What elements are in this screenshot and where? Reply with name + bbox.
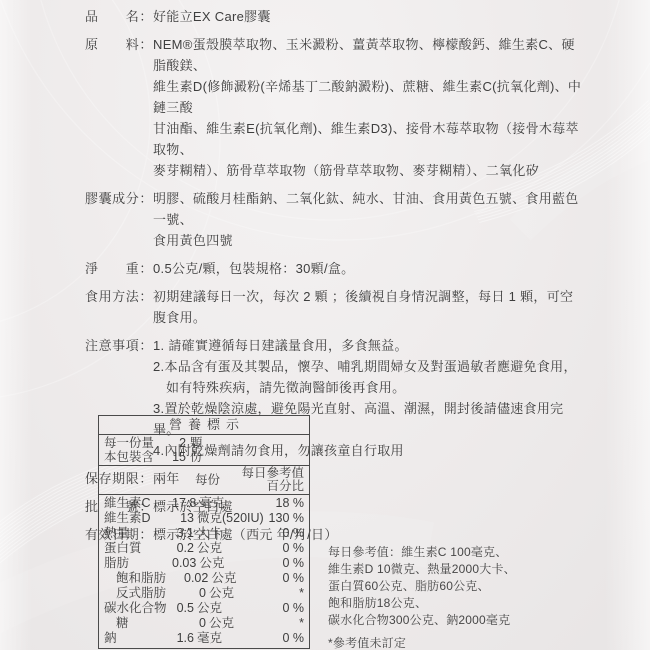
precaution-item: 2.本品含有蛋及其製品，懷孕、哺乳期間婦女及對蛋過敏者應避免食用， [153,356,585,377]
reference-note-line: 蛋白質60公克、脂肪60公克、 [328,578,628,595]
nutrient-name: 維生素D [99,511,172,526]
field-label-ingredients: 原料 [85,34,139,181]
nutrition-facts-table: 營養標示 每一份量 2顆 本包裝含 15份 每份 每日參考值 百分比 維生素C … [98,415,310,649]
info-row-ingredients: 原料 ： NEM®蛋殼膜萃取物、玉米澱粉、薑黃萃取物、檸檬酸鈣、維生素C、硬脂酸… [85,34,585,181]
nutrient-daily-value: 0 % [282,631,309,646]
nutrient-name: 碳水化合物 [99,601,172,616]
nutrient-amount: 0.02 [184,571,208,586]
usage-value: 初期建議每日一次，每次 2 顆 ；後續視自身情況調整，每日 1 顆，可空腹食用。 [153,286,585,328]
field-colon: ： [139,6,153,27]
servings-per-package-unit: 份 [190,450,309,464]
table-row: 飽和脂肪 0.02 公克 0 % [99,571,309,586]
nutrition-table-title: 營養標示 [99,416,309,435]
field-label-product-name: 品名 [85,6,139,27]
nutrient-name: 鈉 [99,631,172,646]
field-label-usage: 食用方法 [85,286,139,328]
nutrient-daily-value: 0 % [282,556,309,571]
daily-reference-note: 每日參考值：維生素C 100毫克、 維生素D 10微克、熱量2000大卡、 蛋白… [328,544,628,650]
nutrient-daily-value: 0 % [282,571,309,586]
info-row-usage: 食用方法 ： 初期建議每日一次，每次 2 顆 ；後續視自身情況調整，每日 1 顆… [85,286,585,328]
serving-size-unit: 顆 [190,436,309,450]
info-row-product-name: 品名 ： 好能立EX Care膠囊 [85,6,585,27]
daily-value-column-header-line1: 每日參考值 [241,466,304,480]
field-label-net-weight: 淨重 [85,258,139,279]
table-row: 糖 0 公克 * [99,616,309,631]
nutrient-name: 脂肪 [99,556,172,571]
nutrient-unit: 公克 [197,541,222,556]
net-weight-value: 0.5公克/顆，包裝規格：30顆/盒。 [153,258,585,279]
table-row: 反式脂肪 0 公克 * [99,586,309,601]
info-row-capsule-composition: 膠囊成分 ： 明膠、硫酸月桂酯鈉、二氧化鈦、純水、甘油、食用黃色五號、食用藍色一… [85,188,585,251]
field-colon: ： [139,34,153,181]
nutrient-amount: 1.6 [172,631,194,646]
nutrient-daily-value: * [299,586,309,601]
product-label-page: 品名 ： 好能立EX Care膠囊 原料 ： NEM®蛋殼膜萃取物、玉米澱粉、薑… [0,0,650,650]
ingredients-line: 甘油酯、維生素E(抗氧化劑)、維生素D3)、接骨木莓萃取物（接骨木莓萃取物、 [153,118,585,160]
table-row: 蛋白質 0.2 公克 0 % [99,541,309,556]
nutrient-unit: 公克 [197,601,222,616]
serving-size-label: 每一份量 [99,436,154,450]
reference-note-line: 飽和脂肪18公克、 [328,595,628,612]
nutrient-name: 反式脂肪 [99,586,184,601]
nutrient-name: 蛋白質 [99,541,172,556]
serving-info-section: 每一份量 2顆 本包裝含 15份 [99,435,309,466]
nutrient-daily-value: 0 % [282,601,309,616]
daily-value-column-header-line2: 百分比 [266,479,304,493]
reference-note-line: 維生素D 10微克、熱量2000大卡、 [328,561,628,578]
nutrient-unit: 大卡 [197,526,222,541]
nutrient-daily-value: 130 % [269,511,309,526]
servings-per-package-value: 15 [154,450,186,464]
capsule-composition-line: 明膠、硫酸月桂酯鈉、二氧化鈦、純水、甘油、食用黃色五號、食用藍色一號、 [153,188,585,230]
nutrient-amount: 0 [184,616,206,631]
serving-size-row: 每一份量 2顆 [99,436,309,450]
nutrient-daily-value: 18 % [276,496,310,511]
table-row: 鈉 1.6 毫克 0 % [99,631,309,646]
nutrient-name: 飽和脂肪 [99,571,184,586]
nutrient-unit: 微克(520IU) [197,511,264,526]
nutrient-unit: 公克 [209,616,234,631]
nutrient-name: 糖 [99,616,184,631]
precaution-item: 1. 請確實遵循每日建議量食用，多食無益。 [153,335,585,356]
table-row: 維生素C 17.8 毫克 18 % [99,496,309,511]
nutrient-name: 維生素C [99,496,172,511]
info-row-net-weight: 淨重 ： 0.5公克/顆，包裝規格：30顆/盒。 [85,258,585,279]
nutrient-daily-value: * [299,616,309,631]
nutrient-name: 熱量 [99,526,172,541]
servings-per-package-label: 本包裝含 [99,450,154,464]
reference-note-line: 碳水化合物300公克、鈉2000毫克 [328,612,628,629]
table-row: 碳水化合物 0.5 公克 0 % [99,601,309,616]
nutrient-unit: 公克 [199,556,224,571]
nutrient-unit: 公克 [209,586,234,601]
ingredients-line: 維生素D(修飾澱粉(辛烯基丁二酸鈉澱粉)、蔗糖、維生素C(抗氧化劑)、中鏈三酸 [153,76,585,118]
nutrient-unit: 公克 [211,571,236,586]
table-row: 維生素D 13 微克(520IU) 130 % [99,511,309,526]
nutrient-amount: 17.8 [172,496,196,511]
serving-size-value: 2 [154,436,186,450]
reference-note-footnote: *參考值未訂定 [328,635,628,650]
nutrient-daily-value: 0 % [282,526,309,541]
nutrient-amount: 13 [172,511,194,526]
nutrient-unit: 毫克 [197,631,222,646]
field-colon: ： [139,286,153,328]
field-colon: ： [139,258,153,279]
precaution-item-continuation: 如有特殊疾病，請先徵詢醫師後再食用。 [153,377,585,398]
nutrient-amount: 0 [184,586,206,601]
nutrient-amount: 3.1 [172,526,194,541]
table-row: 熱量 3.1 大卡 0 % [99,526,309,541]
field-colon: ： [139,188,153,251]
per-serving-column-header: 每份 [195,474,220,487]
table-row: 脂肪 0.03 公克 0 % [99,556,309,571]
capsule-composition-line: 食用黃色四號 [153,230,585,251]
nutrition-rows: 維生素C 17.8 毫克 18 % 維生素D 13 微克(520IU) 130 … [99,495,309,648]
servings-per-package-row: 本包裝含 15份 [99,450,309,464]
reference-note-line: 每日參考值：維生素C 100毫克、 [328,544,628,561]
nutrient-amount: 0.03 [172,556,196,571]
nutrient-amount: 0.5 [172,601,194,616]
nutrition-column-headers: 每份 每日參考值 百分比 [99,466,309,495]
nutrient-unit: 毫克 [199,496,224,511]
nutrient-amount: 0.2 [172,541,194,556]
product-name-value: 好能立EX Care膠囊 [153,6,585,27]
ingredients-line: NEM®蛋殼膜萃取物、玉米澱粉、薑黃萃取物、檸檬酸鈣、維生素C、硬脂酸鎂、 [153,34,585,76]
field-label-capsule-composition: 膠囊成分 [85,188,139,251]
nutrient-daily-value: 0 % [282,541,309,556]
ingredients-line: 麥芽糊精）、筋骨草萃取物（筋骨草萃取物、麥芽糊精）、二氧化矽 [153,160,585,181]
